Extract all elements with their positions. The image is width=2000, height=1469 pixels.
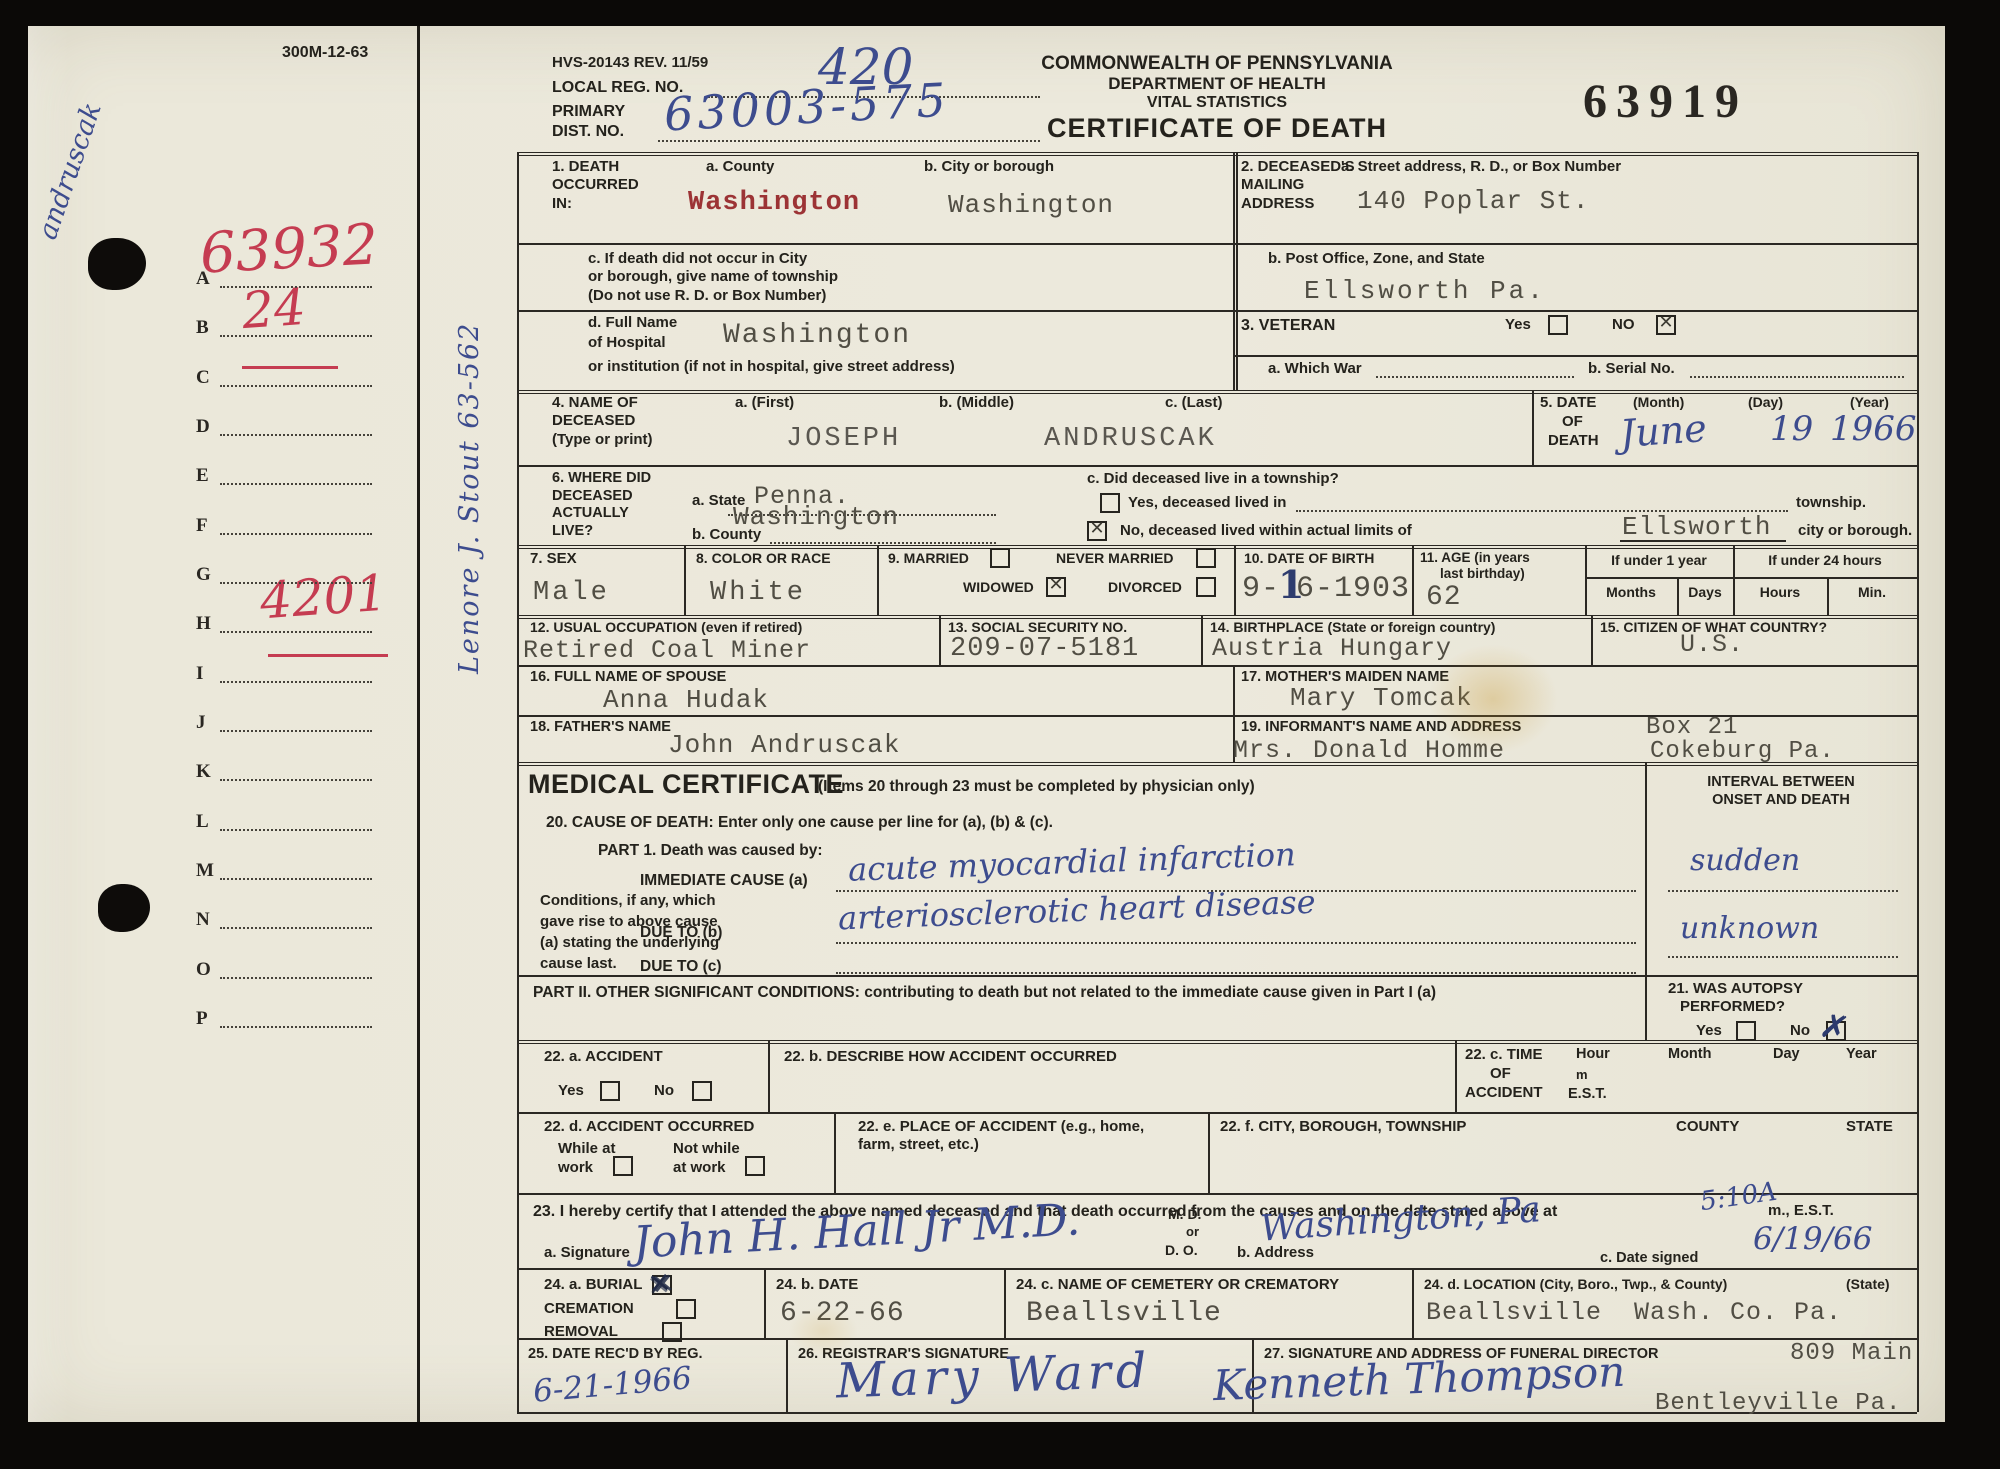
index-letter: L (196, 811, 209, 833)
father-label: 18. FATHER'S NAME (530, 719, 671, 737)
index-leader (220, 483, 372, 485)
interval-b-value: unknown (1680, 914, 1819, 944)
veteran-yes-checkbox (1548, 315, 1568, 335)
index-leader (220, 681, 372, 683)
index-letter: M (196, 860, 214, 882)
rule (517, 1040, 1917, 1044)
hours-label: Hours (1733, 584, 1827, 601)
min-label: Min. (1827, 584, 1917, 601)
meridiem-label: m (1576, 1067, 1588, 1083)
accident-yes-label: Yes (558, 1082, 584, 1100)
red-underline (268, 654, 388, 657)
rule (517, 152, 1917, 156)
field-hospital-label: d. Full Name (588, 314, 677, 332)
cause-of-death-label: 20. CAUSE OF DEATH: Enter only one cause… (546, 814, 1053, 833)
widowed-label: WIDOWED (963, 579, 1034, 596)
cemetery-label: 24. c. NAME OF CEMETERY OR CREMATORY (1016, 1276, 1339, 1294)
middle-name-label: b. (Middle) (939, 394, 1014, 412)
sex-label: 7. SEX (530, 550, 577, 568)
rule (764, 1268, 766, 1338)
birthplace-value: Austria Hungary (1212, 634, 1452, 663)
field-mailing-label: 2. DECEASED'S MAILING ADDRESS (1241, 158, 1355, 213)
field-postoffice-value: Ellsworth Pa. (1304, 276, 1546, 306)
place-of-accident-label: 22. e. PLACE OF ACCIDENT (e.g., home, fa… (858, 1118, 1144, 1155)
field-postoffice-label: b. Post Office, Zone, and State (1268, 250, 1485, 268)
father-value: John Andruscak (668, 730, 900, 760)
print-code: 300M-12-63 (282, 43, 368, 63)
index-leader (220, 779, 372, 781)
cremation-label: CREMATION (544, 1300, 634, 1318)
rule (517, 152, 519, 1412)
index-leader (220, 730, 372, 732)
medical-certificate-title: MEDICAL CERTIFICATE (528, 768, 844, 801)
est-label: E.S.T. (1568, 1086, 1607, 1104)
index-leader (220, 385, 372, 387)
funeral-director-address-1: 809 Main (1790, 1340, 1913, 1367)
index-leader (220, 335, 372, 337)
index-leader (220, 878, 372, 880)
informant-address-1: Box 21 (1646, 714, 1738, 741)
rule (517, 975, 1917, 977)
autopsy-yes-checkbox (1736, 1021, 1756, 1041)
accident-label: 22. a. ACCIDENT (544, 1048, 663, 1066)
location-label: 24. d. LOCATION (City, Boro., Twp., & Co… (1424, 1276, 1727, 1293)
rule (517, 1338, 1917, 1340)
location-state-label: (State) (1846, 1276, 1890, 1293)
township-no-label: No, deceased lived within actual limits … (1120, 522, 1412, 540)
death-month-value: June (1619, 409, 1708, 453)
under-1-year-label: If under 1 year (1585, 552, 1733, 569)
signature-label: a. Signature (544, 1244, 630, 1262)
never-married-checkbox (1196, 548, 1216, 568)
rule (768, 1040, 770, 1112)
index-letter: B (196, 317, 209, 339)
accident-no-checkbox (692, 1081, 712, 1101)
interval-a-value: sudden (1690, 846, 1800, 876)
rule (517, 545, 1917, 549)
veteran-yes-label: Yes (1505, 316, 1531, 334)
cause-b-value: arteriosclerotic heart disease (838, 886, 1317, 935)
ssn-value: 209-07-5181 (950, 634, 1139, 664)
index-leader (220, 582, 372, 584)
rule (517, 465, 1917, 467)
index-letter: N (196, 909, 210, 931)
index-leader (220, 533, 372, 535)
form-code: HVS-20143 REV. 11/59 (552, 54, 708, 72)
race-value: White (710, 578, 806, 608)
header-commonwealth: COMMONWEALTH OF PENNSYLVANIA (917, 52, 1517, 75)
interval-b-leader (1668, 956, 1898, 958)
township-question-label: c. Did deceased live in a township? (1087, 470, 1339, 488)
age-label2: last birthday) (1440, 566, 1525, 582)
field-city-value: Washington (948, 190, 1114, 220)
rule (1233, 355, 1917, 357)
married-checkbox (990, 548, 1010, 568)
page-title: CERTIFICATE OF DEATH (917, 112, 1517, 145)
first-name-value: JOSEPH (786, 424, 901, 454)
sex-value: Male (533, 578, 610, 608)
county-leader (770, 542, 996, 544)
rule (1412, 1268, 1414, 1338)
field-township-note: c. If death did not occur in City or bor… (588, 250, 838, 305)
time-of-accident-label: 22. c. TIME (1465, 1046, 1543, 1064)
dob-label: 10. DATE OF BIRTH (1244, 550, 1374, 567)
index-letter: J (196, 712, 206, 734)
burial-mark: ✕ (646, 1266, 671, 1301)
hour-label: Hour (1576, 1046, 1610, 1064)
autopsy-no-label: No (1790, 1022, 1810, 1040)
medical-certificate-subtitle: (Items 20 through 23 must be completed b… (818, 778, 1255, 797)
death-day-value: 19 (1770, 412, 1813, 446)
field-hospital-label3: or institution (if not in hospital, give… (588, 358, 955, 376)
rule (517, 310, 1917, 312)
immediate-cause-label: IMMEDIATE CAUSE (a) (640, 872, 808, 891)
certificate-paper: 300M-12-63 andruscak Lenore J. Stout 63-… (28, 26, 1945, 1422)
limits-of-value: Ellsworth (1622, 512, 1771, 542)
part2-label: PART II. OTHER SIGNIFICANT CONDITIONS: c… (533, 984, 1436, 1003)
rule (1455, 1040, 1457, 1112)
serial-no-label: b. Serial No. (1588, 360, 1675, 378)
field-street-value: 140 Poplar St. (1357, 186, 1589, 216)
rule (517, 1112, 1917, 1114)
autopsy-yes-label: Yes (1696, 1022, 1722, 1040)
never-married-label: NEVER MARRIED (1056, 550, 1173, 567)
township-no-checkbox: ✕ (1087, 521, 1107, 541)
certificate-number-stamp: 63919 (1583, 74, 1748, 129)
rule (786, 1338, 788, 1412)
index-letter: G (196, 564, 211, 586)
rule (1412, 545, 1414, 615)
index-letter: H (196, 613, 211, 635)
rule (517, 665, 1917, 667)
which-war-leader (1376, 376, 1574, 378)
index-leader (220, 1026, 372, 1028)
cemetery-value: Beallsville (1026, 1298, 1222, 1329)
index-letter: K (196, 761, 211, 783)
autopsy-label: 21. WAS AUTOPSY (1668, 980, 1803, 998)
rule (684, 545, 686, 615)
date-signed-label: c. Date signed (1600, 1250, 1698, 1268)
autopsy-no-mark: ✗ (1816, 1005, 1846, 1049)
city-borough-township-label: 22. f. CITY, BOROUGH, TOWNSHIP (1220, 1118, 1466, 1136)
date-received-value: 6-21-1966 (532, 1363, 693, 1408)
rule (939, 615, 941, 665)
index-leader (220, 434, 372, 436)
at-work-label: at work (673, 1159, 726, 1177)
county-col-label: COUNTY (1676, 1118, 1739, 1136)
rule (1233, 152, 1238, 390)
day-col-label: Day (1773, 1046, 1800, 1064)
sideways-clerk-note: Lenore J. Stout 63-562 (456, 204, 483, 674)
index-letter: F (196, 515, 208, 537)
registrar-signature: Mary Ward (835, 1347, 1152, 1406)
rule (1234, 545, 1236, 615)
date-signed-value: 6/19/66 (1753, 1224, 1873, 1255)
rule (1591, 615, 1593, 665)
margin-red-number-2: 24 (240, 282, 307, 336)
veteran-no-label: NO (1612, 316, 1635, 334)
header-vital: VITAL STATISTICS (917, 93, 1517, 113)
field-name-label: 4. NAME OF DECEASED (Type or print) (552, 394, 653, 449)
removal-checkbox (662, 1322, 682, 1342)
index-letter: D (196, 416, 210, 438)
township-no-mark: ✕ (1086, 518, 1108, 539)
rule (1004, 1268, 1006, 1338)
occupation-value: Retired Coal Miner (523, 636, 811, 665)
occupation-label: 12. USUAL OCCUPATION (even if retired) (530, 619, 802, 636)
citizen-value: U.S. (1680, 630, 1744, 659)
rule (1201, 615, 1203, 665)
hole-punch (98, 884, 150, 932)
accident-occurred-label: 22. d. ACCIDENT OCCURRED (544, 1118, 754, 1136)
field-hospital-value: Washington (723, 320, 911, 351)
field-county-value: Washington (688, 188, 860, 218)
rule (1532, 390, 1534, 465)
primary-dist-label: PRIMARY (552, 102, 625, 122)
certify-suffix: m., E.S.T. (1768, 1202, 1834, 1220)
cause-a-value: acute myocardial infarction (848, 838, 1297, 886)
index-letter: C (196, 367, 210, 389)
where-live-label: 6. WHERE DID DECEASED ACTUALLY LIVE? (552, 470, 651, 541)
age-value: 62 (1426, 582, 1462, 613)
paper-stain (788, 1306, 858, 1356)
rule (834, 1112, 836, 1193)
funeral-director-signature: Kenneth Thompson (1212, 1351, 1626, 1407)
rule (1917, 152, 1919, 1412)
removal-label: REMOVAL (544, 1323, 618, 1341)
accident-no-label: No (654, 1082, 674, 1100)
hole-punch (88, 238, 146, 290)
state-col-label: STATE (1846, 1118, 1893, 1136)
dob-value-prefix: 9- (1242, 572, 1280, 606)
paper-stain (1428, 644, 1558, 754)
interval-a-leader (1668, 890, 1898, 892)
field-city-label: b. City or borough (924, 158, 1054, 176)
index-leader (220, 631, 372, 633)
township-suffix: township. (1796, 494, 1866, 512)
margin-rule (417, 26, 420, 1422)
date-of-death-label3: DEATH (1548, 432, 1599, 450)
cause-c-leader (836, 972, 1636, 974)
while-at-work-checkbox (613, 1156, 633, 1176)
burial-date-label: 24. b. DATE (776, 1276, 858, 1294)
index-letter: O (196, 959, 211, 981)
dob-value-suffix: 6-1903 (1296, 572, 1410, 606)
widowed-mark: ✕ (1045, 574, 1067, 595)
divorced-label: DIVORCED (1108, 579, 1182, 596)
age-label: 11. AGE (in years (1420, 550, 1530, 566)
index-leader (220, 286, 372, 288)
widowed-checkbox: ✕ (1046, 577, 1066, 597)
margin-red-number-3: 4201 (258, 568, 388, 627)
rule (877, 545, 879, 615)
year-col-label: Year (1846, 1046, 1877, 1064)
not-while-label: Not while (673, 1140, 740, 1158)
township-yes-checkbox (1100, 493, 1120, 513)
header-department: DEPARTMENT OF HEALTH (917, 74, 1517, 95)
index-leader (220, 927, 372, 929)
date-of-death-label2: OF (1562, 413, 1583, 431)
cremation-checkbox (676, 1299, 696, 1319)
due-to-c-label: DUE TO (c) (640, 958, 722, 977)
index-letter: I (196, 663, 203, 685)
funeral-director-address-2: Bentleyville Pa. (1655, 1390, 1901, 1417)
last-name-value: ANDRUSCAK (1044, 424, 1217, 454)
md-label: M. D. (1168, 1206, 1201, 1223)
margin-red-number-1: 63932 (199, 217, 380, 282)
race-label: 8. COLOR OR RACE (696, 550, 831, 567)
field-veteran-label: 3. VETERAN (1241, 316, 1335, 336)
part1-label: PART 1. Death was caused by: (598, 842, 823, 861)
city-borough-suffix: city or borough. (1798, 522, 1912, 540)
location-value: Beallsville Wash. Co. Pa. (1426, 1298, 1842, 1327)
rule (1620, 540, 1786, 542)
autopsy-label2: PERFORMED? (1680, 998, 1785, 1016)
months-label: Months (1585, 584, 1677, 601)
county-value: Washington (733, 502, 899, 532)
do-label: D. O. (1165, 1242, 1198, 1259)
accident-yes-checkbox (600, 1081, 620, 1101)
primary-dist-value: 63003-575 (663, 77, 951, 138)
month-col-label: Month (1668, 1046, 1711, 1064)
while-at-label: While at (558, 1140, 616, 1158)
autopsy-no-checkbox: ✗ (1826, 1021, 1846, 1041)
field-death-occurred-label: 1. DEATH OCCURRED IN: (552, 158, 639, 213)
cause-b-leader (836, 942, 1636, 944)
under-24-hours-label: If under 24 hours (1733, 552, 1917, 569)
first-name-label: a. (First) (735, 394, 794, 412)
describe-accident-label: 22. b. DESCRIBE HOW ACCIDENT OCCURRED (784, 1048, 1117, 1066)
index-leader (220, 977, 372, 979)
not-while-at-work-checkbox (745, 1156, 765, 1176)
which-war-label: a. Which War (1268, 360, 1362, 378)
burial-checkbox: ✕ (652, 1275, 672, 1295)
scan-background: 300M-12-63 andruscak Lenore J. Stout 63-… (0, 0, 2000, 1469)
veteran-no-mark: ✕ (1655, 312, 1677, 333)
index-letter: P (196, 1008, 208, 1030)
informant-address-2: Cokeburg Pa. (1650, 738, 1835, 765)
spouse-value: Anna Hudak (603, 685, 769, 715)
time-of-death-value: 5:10A (1699, 1179, 1779, 1215)
veteran-no-checkbox: ✕ (1656, 315, 1676, 335)
primary-dist-label: DIST. NO. (552, 122, 624, 142)
red-underline (242, 366, 338, 369)
days-label: Days (1677, 584, 1733, 601)
death-year-value: 1966 (1830, 412, 1917, 446)
rule (1208, 1112, 1210, 1193)
township-yes-label: Yes, deceased lived in (1128, 494, 1286, 512)
physician-address: Washington, Pa (1259, 1192, 1542, 1248)
interval-label: INTERVAL BETWEEN (1645, 774, 1917, 792)
index-leader (220, 829, 372, 831)
divorced-checkbox (1196, 577, 1216, 597)
rule (517, 1268, 1917, 1270)
index-letter: A (196, 268, 210, 290)
serial-no-leader (1690, 376, 1904, 378)
time-of-accident-label2: OF (1490, 1065, 1511, 1083)
last-name-label: c. (Last) (1165, 394, 1223, 412)
date-of-death-label: 5. DATE (1540, 394, 1596, 412)
or-label: or (1186, 1224, 1199, 1240)
interval-label2: ONSET AND DEATH (1645, 792, 1917, 810)
index-letter: E (196, 465, 209, 487)
burial-label: 24. a. BURIAL (544, 1276, 642, 1294)
field-hospital-label2: of Hospital (588, 334, 666, 352)
field-street-label: a. Street address, R. D., or Box Number (1341, 158, 1621, 176)
work-label: work (558, 1159, 593, 1177)
field-county-label: a. County (706, 158, 774, 176)
rule (517, 243, 1917, 245)
due-to-b-label: DUE TO (b) (640, 924, 722, 943)
time-of-accident-label3: ACCIDENT (1465, 1084, 1543, 1102)
rule (1585, 577, 1917, 579)
married-label: 9. MARRIED (888, 550, 969, 567)
sideways-surname-note: andruscak (34, 35, 128, 242)
